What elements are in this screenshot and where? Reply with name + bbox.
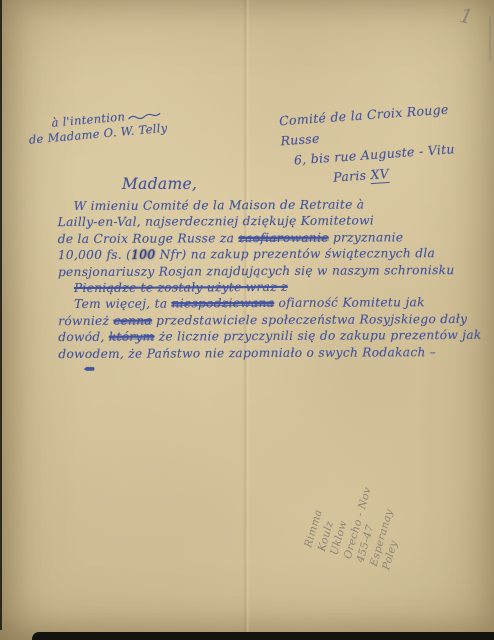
body-text-segment: 10,000 fs. ( bbox=[58, 248, 131, 262]
body-line: pensjonariuszy Rosjan znajdujących się w… bbox=[58, 262, 478, 281]
body-line: 10,000 fs. (100 Nfr) na zakup prezentów … bbox=[58, 245, 478, 264]
sender-district-underlined: XV bbox=[370, 166, 390, 184]
body-text-segment: że licznie przyczynili się do zakupu pre… bbox=[154, 328, 481, 344]
body-text-segment: dowód, bbox=[58, 330, 109, 344]
body-text-segment: również bbox=[58, 314, 113, 328]
body-line: dowód, którym że licznie przyczynili się… bbox=[58, 327, 478, 346]
body-text-segment: Nfr) na zakup prezentów świątecznych dla bbox=[155, 246, 435, 261]
body-text-segment: przedstawiciele społeczeństwa Rosyjskieg… bbox=[152, 312, 467, 328]
body-text-segment: ofiarność Komitetu jak bbox=[274, 296, 425, 311]
scan-edge-left bbox=[0, 0, 2, 630]
body-text-segment: przyznanie bbox=[329, 230, 404, 244]
body-text-segment: Tem więcej, ta bbox=[74, 297, 172, 312]
letter-body: W imieniu Comité de la Maison de Retrait… bbox=[58, 196, 479, 379]
sender-address-block: Comité de la Croix Rouge Russe 6, bis ru… bbox=[278, 97, 493, 191]
scan-edge-right-streak bbox=[489, 16, 491, 62]
crossed-out-word: zaofiarowanie bbox=[238, 230, 328, 244]
sender-city-text: Paris bbox=[333, 167, 371, 185]
end-mark: = bbox=[84, 360, 478, 378]
body-line: dowodem, że Państwo nie zapomniało o swy… bbox=[58, 344, 478, 363]
salutation: Madame, bbox=[122, 175, 197, 193]
scan-edge-bottom bbox=[32, 632, 494, 640]
ink-blotted-amount: 100 bbox=[131, 248, 155, 262]
body-line: Tem więcej, ta niespodziewana ofiarność … bbox=[74, 294, 478, 313]
crossed-out-word: którym bbox=[109, 330, 155, 344]
pen-flourish-stroke bbox=[127, 110, 162, 122]
body-text-segment: de la Croix Rouge Russe za bbox=[58, 231, 239, 246]
crossed-out-word: niespodziewana bbox=[172, 296, 275, 311]
crossed-out-word: cenna bbox=[113, 313, 152, 327]
